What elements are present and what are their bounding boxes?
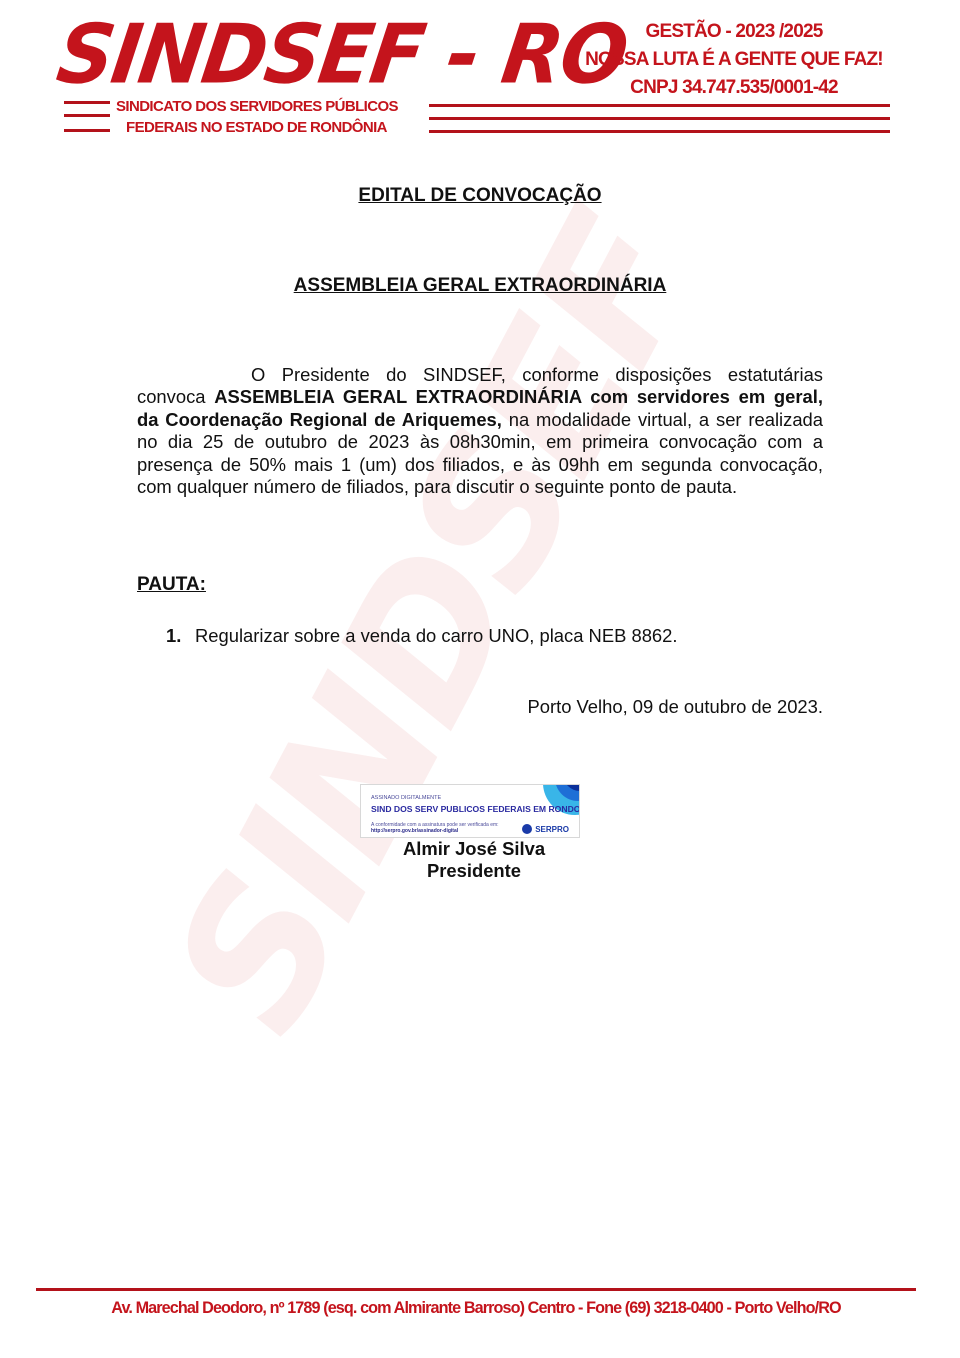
serpro-label: SERPRO [535,825,569,834]
pauta-item: 1.Regularizar sobre a venda do carro UNO… [166,625,678,647]
gestao-text: GESTÃO - 2023 /2025 [574,18,894,46]
watermark-logo: SINDSEF [130,184,738,1064]
footer-address: Av. Marechal Deodoro, nº 1789 (esq. com … [36,1299,916,1318]
header-rule [429,117,890,120]
header-rule [429,104,890,107]
header-rule [429,130,890,133]
seal-caption: ASSINADO DIGITALMENTE [371,795,441,801]
serpro-logo: SERPRO [522,824,569,834]
pauta-item-number: 1. [166,625,195,647]
place-date: Porto Velho, 09 de outubro de 2023. [0,696,823,718]
header-rule [64,114,110,117]
header-info: GESTÃO - 2023 /2025 NOSSA LUTA É A GENTE… [574,18,894,102]
signer-role: Presidente [0,860,948,882]
seal-signer: SIND DOS SERV PUBLICOS FEDERAIS EM RONDO… [371,804,580,814]
org-name-line1: SINDICATO DOS SERVIDORES PÚBLICOS [116,98,398,115]
header-rule [64,129,110,132]
header-rule [64,101,110,104]
signer-name: Almir José Silva [0,838,948,860]
document-title: EDITAL DE CONVOCAÇÃO [0,185,960,207]
pauta-item-text: Regularizar sobre a venda do carro UNO, … [195,625,678,646]
digital-signature-seal: ASSINADO DIGITALMENTE SIND DOS SERV PUBL… [360,784,580,838]
convocation-paragraph: O Presidente do SINDSEF, conforme dispos… [137,364,823,498]
sindsef-logo: SINDSEF - RO [52,14,631,96]
pauta-heading: PAUTA: [137,574,206,596]
cnpj-text: CNPJ 34.747.535/0001-42 [574,74,894,102]
seal-verify-url[interactable]: http://serpro.gov.br/assinador-digital [371,828,458,834]
serpro-icon [522,824,532,834]
slogan-text: NOSSA LUTA É A GENTE QUE FAZ! [574,46,894,74]
org-name-line2: FEDERAIS NO ESTADO DE RONDÔNIA [126,119,387,136]
footer-rule [36,1288,916,1291]
document-subtitle: ASSEMBLEIA GERAL EXTRAORDINÁRIA [0,275,960,297]
